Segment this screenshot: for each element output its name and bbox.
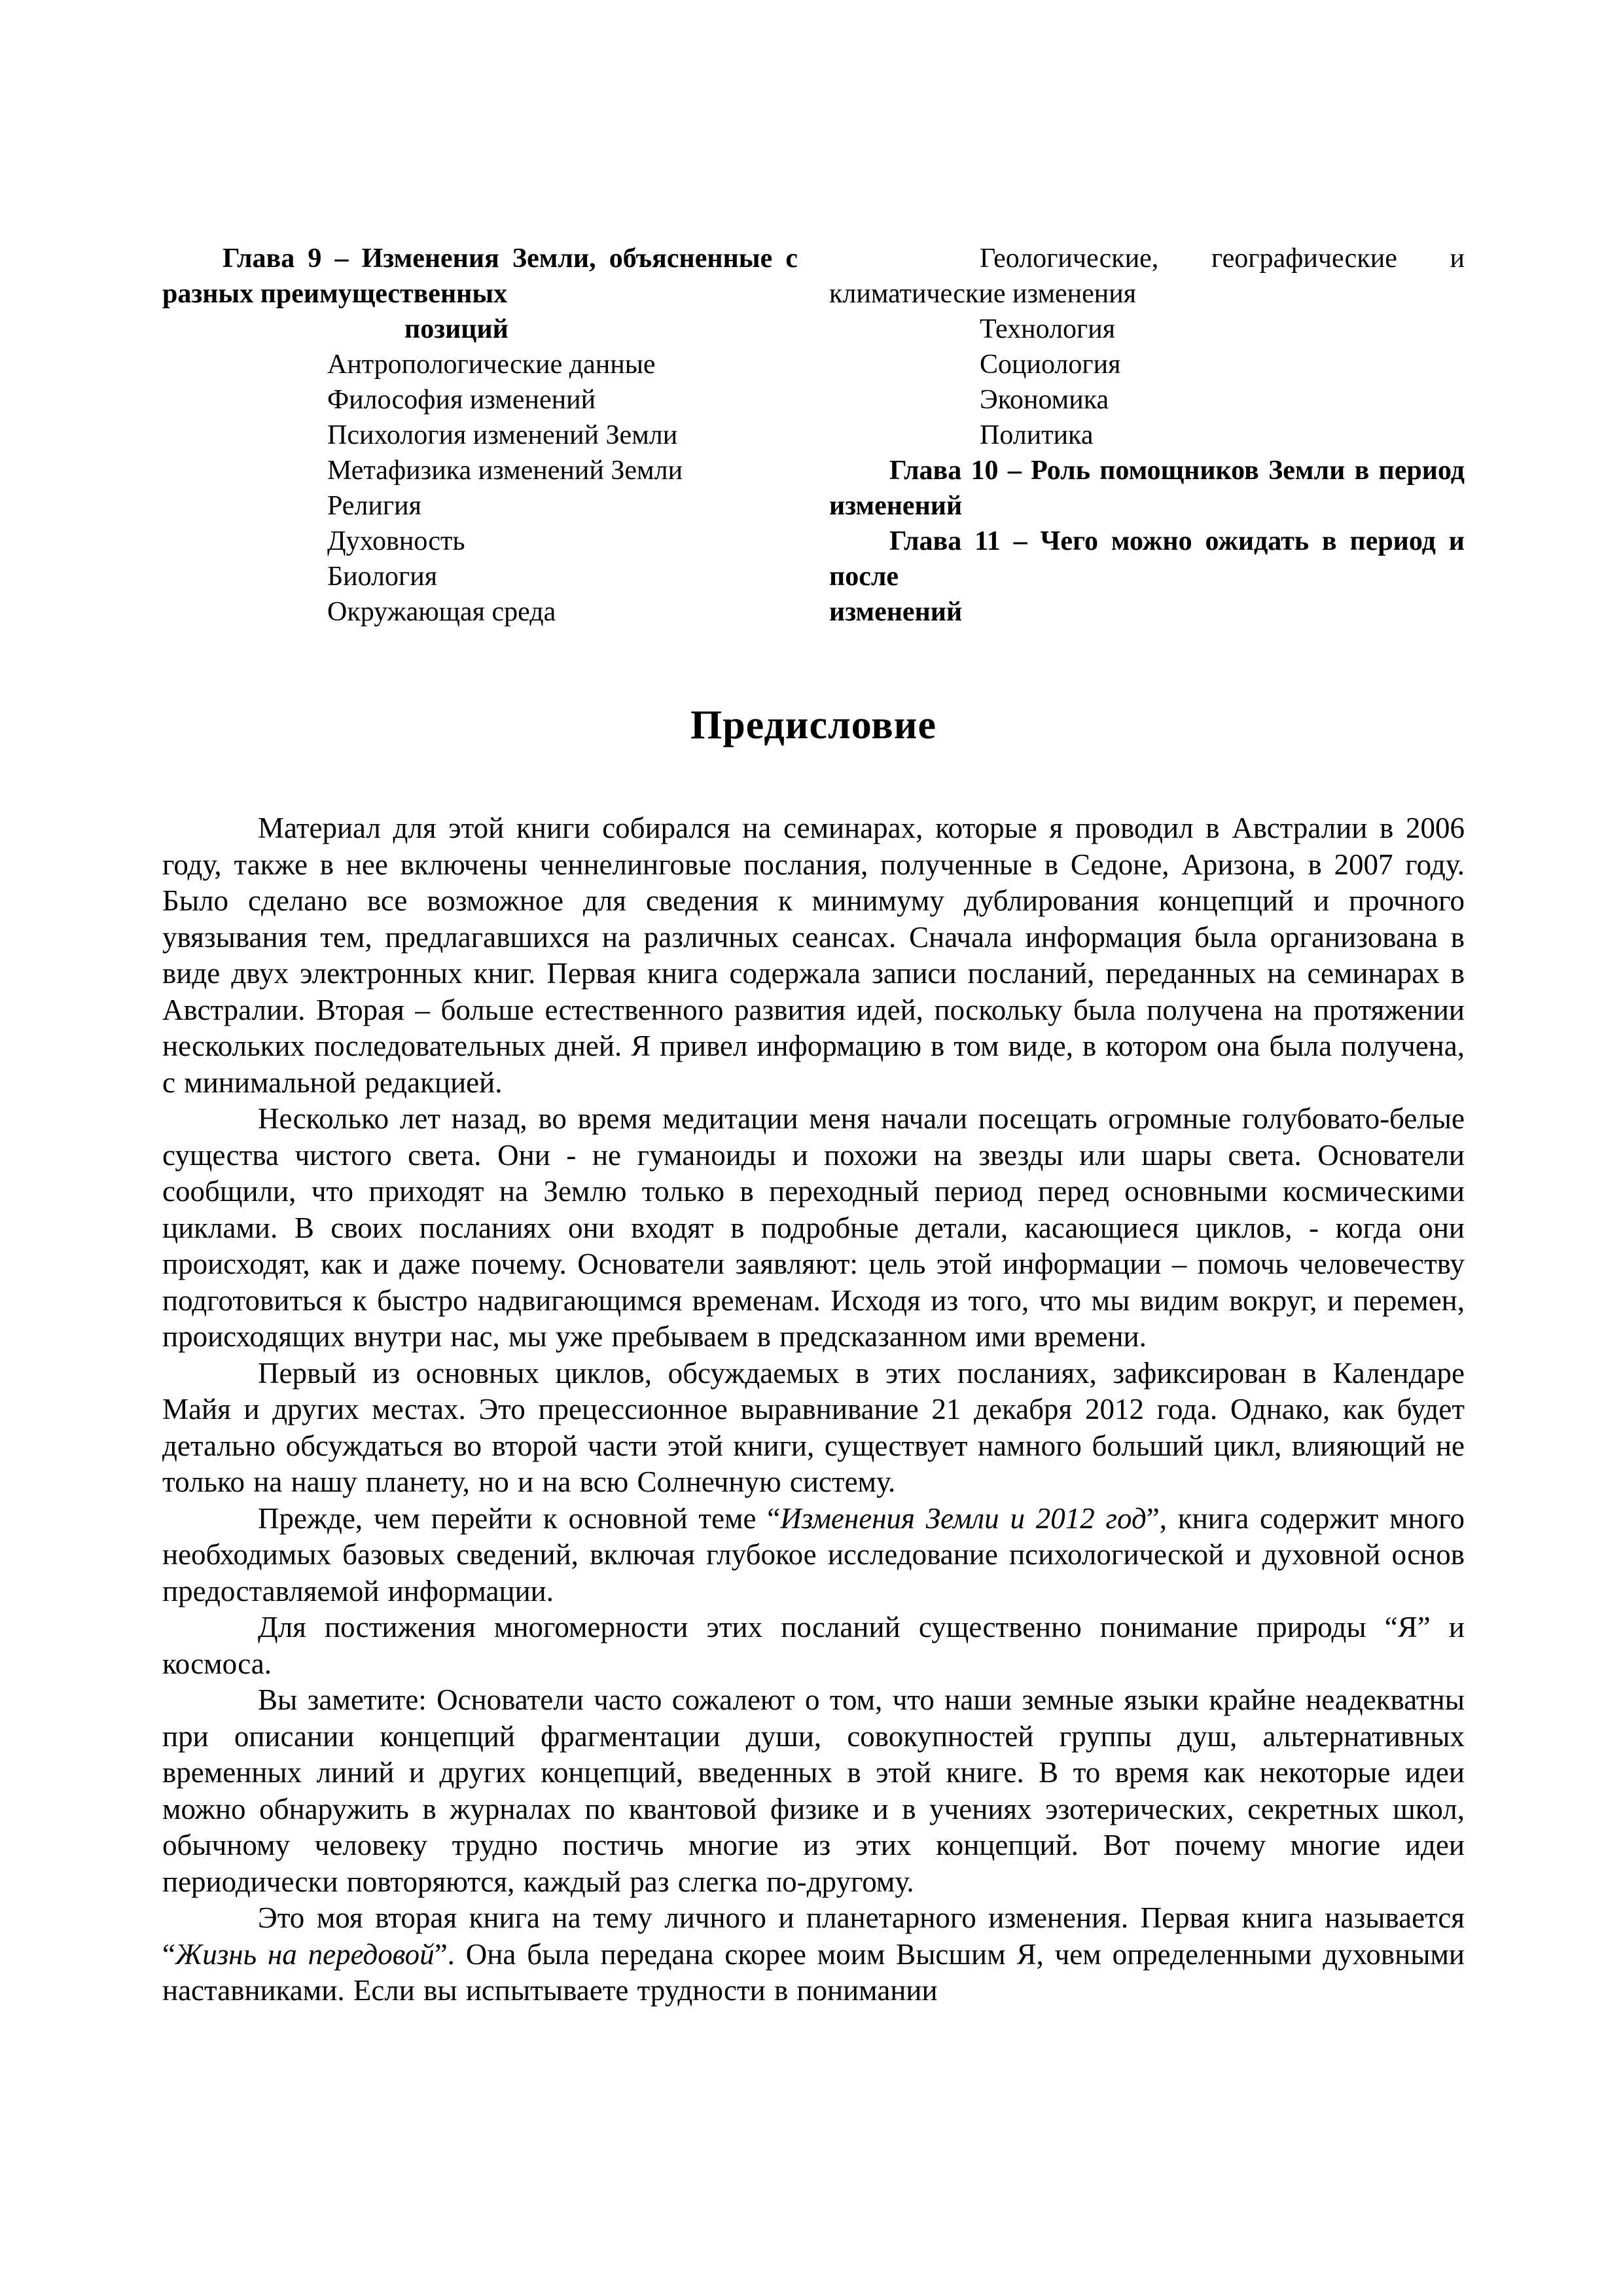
toc-item-metaphysics: Метафизика изменений Земли (327, 453, 798, 488)
toc-item-religion: Религия (327, 488, 798, 524)
toc-item-politics: Политика (980, 418, 1465, 453)
toc-item-biology: Биология (327, 559, 798, 594)
preface-paragraph: Вы заметите: Основатели часто сожалеют о… (162, 1682, 1465, 1900)
toc-item-technology: Технология (980, 312, 1465, 347)
preface-heading: Предисловие (162, 700, 1465, 750)
toc-item-spirituality: Духовность (327, 524, 798, 559)
toc-item-anthropology: Антропологические данные (327, 347, 798, 382)
toc-item-psychology: Психология изменений Земли (327, 418, 798, 453)
toc-chapter9-title-line1: Глава 9 – Изменения Земли, объясненные с (162, 241, 798, 276)
page-content: Глава 9 – Изменения Земли, объясненные с… (162, 241, 1465, 2009)
toc-chapter11-title-line2: изменений (829, 594, 1465, 630)
preface-paragraph: Прежде, чем перейти к основной теме “Изм… (162, 1501, 1465, 1610)
preface-paragraph: Материал для этой книги собирался на сем… (162, 810, 1465, 1101)
toc-left-column: Глава 9 – Изменения Земли, объясненные с… (162, 241, 798, 630)
toc-item-sociology: Социология (980, 347, 1465, 382)
toc-item-economics: Экономика (980, 382, 1465, 418)
preface-body: Материал для этой книги собирался на сем… (162, 810, 1465, 2009)
toc-chapter9-title-line3: позиций (404, 312, 798, 347)
toc-chapter10-title-line2: изменений (829, 488, 1465, 524)
table-of-contents: Глава 9 – Изменения Земли, объясненные с… (162, 241, 1465, 630)
toc-item-geological-line1: Геологические, географические и (829, 241, 1465, 276)
toc-chapter11-title-line1: Глава 11 – Чего можно ожидать в период и… (829, 524, 1465, 594)
preface-paragraph: Для постижения многомерности этих послан… (162, 1609, 1465, 1682)
preface-paragraph: Это моя вторая книга на тему личного и п… (162, 1900, 1465, 2009)
document-page: Глава 9 – Изменения Земли, объясненные с… (0, 0, 1623, 2296)
toc-item-environment: Окружающая среда (327, 594, 798, 630)
toc-right-column: Геологические, географические и климатич… (829, 241, 1465, 630)
toc-item-geological-line2: климатические изменения (829, 276, 1465, 312)
preface-paragraph: Несколько лет назад, во время медитации … (162, 1101, 1465, 1355)
preface-paragraph: Первый из основных циклов, обсуждаемых в… (162, 1355, 1465, 1501)
toc-item-philosophy: Философия изменений (327, 382, 798, 418)
toc-chapter9-title-line2: разных преимущественных (162, 276, 798, 312)
toc-chapter10-title-line1: Глава 10 – Роль помощников Земли в перио… (829, 453, 1465, 488)
